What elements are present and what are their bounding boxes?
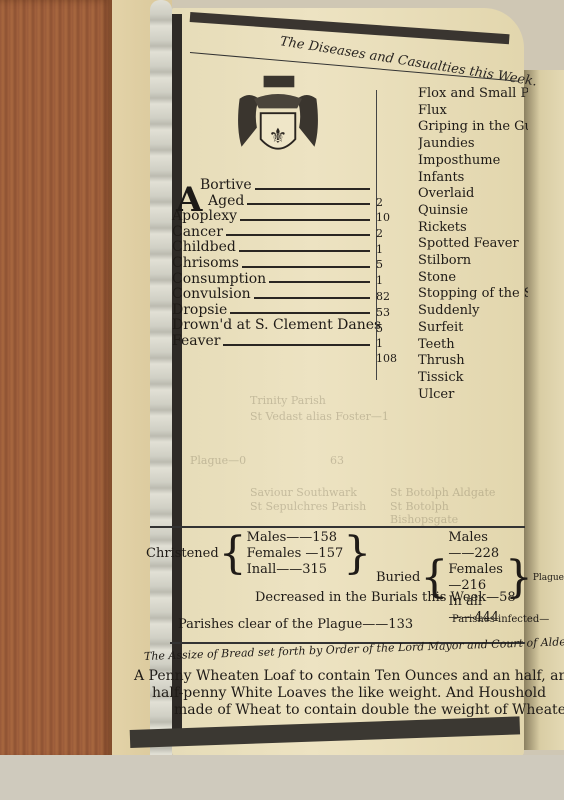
count: 5 [376,322,383,335]
disease-row: Stilborn [418,253,528,270]
section-rule [150,526,525,528]
disease-row: Stopping of the Stomach [418,286,528,303]
count: 5 [376,258,383,271]
assize-text: A Penny Wheaten Loaf to contain Ten Ounc… [134,668,564,719]
diseases-right-column: Flox and Small Pox Flux Griping in the G… [418,86,528,403]
parishes-clear: Parishes clear of the Plague——133 [178,617,413,632]
disease-row: Consumption [172,272,372,288]
disease-row: Imposthume [418,153,528,170]
decreased-burials: Decreased in the Burials this Week—58 [255,590,516,605]
count: 1 [376,337,383,350]
book-fore-edge [0,0,112,760]
disease-row: Cancer [172,225,372,241]
count: 2 [376,196,383,209]
disease-row: Thrush [418,353,528,370]
disease-row: Flux [418,103,528,120]
disease-row: Childbed [172,240,372,256]
diseases-left-column: Bortive Aged Apoplexy Cancer Childbed Ch… [172,178,372,350]
disease-row: Apoplexy [172,209,372,225]
disease-row: Quinsie [418,203,528,220]
count: 108 [376,352,397,365]
disease-row: Suddenly [418,303,528,320]
disease-row: Griping in the Guts [418,119,528,136]
disease-row: Stone [418,270,528,287]
disease-row: Surfeit [418,320,528,337]
count: 2 [376,227,383,240]
disease-row: Jaundies [418,136,528,153]
disease-row: Drown'd at S. Clement Danes [172,318,372,334]
disease-row: Convulsion [172,287,372,303]
count: 53 [376,306,390,319]
buried-block: Buried { Males——228 Females—216 In all——… [376,530,564,626]
disease-row: Tissick [418,370,528,387]
disease-row: Bortive [172,178,372,194]
disease-row: Aged [172,194,372,210]
disease-row: Chrisoms [172,256,372,272]
disease-row: Spotted Feaver [418,236,528,253]
count: 1 [376,274,383,287]
parishes-infected: Parishes infected— [452,614,549,625]
count: 1 [376,243,383,256]
disease-row: Flox and Small Pox [418,86,528,103]
disease-row: Dropsie [172,303,372,319]
show-through-text: St Vedast alias Foster—1 Trinity Parish … [190,390,520,510]
disease-row: Infants [418,170,528,187]
disease-row: Feaver [172,334,372,350]
disease-row: Teeth [418,337,528,354]
count: 10 [376,211,390,224]
count: 82 [376,290,390,303]
support-cloth [0,755,564,800]
disease-row: Rickets [418,220,528,237]
svg-text:⚜: ⚜ [269,123,288,148]
christened-block: Christened { Males——158 Females —157 Ina… [146,530,371,578]
page-border-left [172,14,182,744]
coat-of-arms-icon: ⚜ [230,70,326,166]
disease-row: Overlaid [418,186,528,203]
